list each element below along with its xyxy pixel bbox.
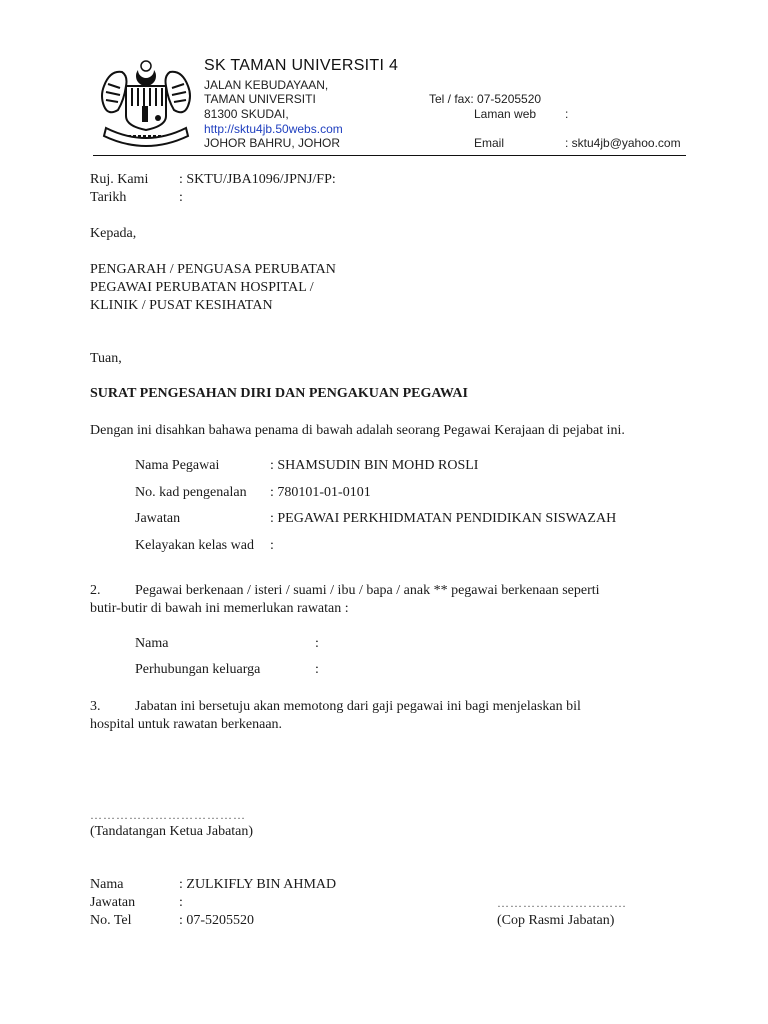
address-line-1: JALAN KEBUDAYAAN, — [204, 78, 328, 92]
hod-tel-value: : 07-5205520 — [179, 913, 254, 929]
officer-name-value: : SHAMSUDIN BIN MOHD ROSLI — [270, 458, 478, 474]
ruj-label: Ruj. Kami — [90, 172, 148, 188]
para3-line-1: Jabatan ini bersetuju akan memotong dari… — [135, 699, 581, 715]
malaysia-coat-of-arms-icon — [98, 56, 194, 154]
web-value: : — [565, 107, 568, 121]
tel-fax: Tel / fax: 07-5205520 — [429, 92, 541, 106]
kepada: Kepada, — [90, 226, 136, 242]
patient-relation-value: : — [315, 662, 319, 678]
email-label: Email — [474, 136, 504, 150]
para2-line-2: butir-butir di bawah ini memerlukan rawa… — [90, 601, 349, 617]
school-name: SK TAMAN UNIVERSITI 4 — [204, 57, 398, 75]
recipient-line-2: PEGAWAI PERUBATAN HOSPITAL / — [90, 280, 314, 296]
email-value: : sktu4jb@yahoo.com — [565, 136, 681, 150]
officer-ic-value: : 780101-01-0101 — [270, 485, 371, 501]
patient-name-value: : — [315, 636, 319, 652]
officer-ward-value: : — [270, 538, 274, 554]
intro-paragraph: Dengan ini disahkan bahawa penama di baw… — [90, 423, 625, 439]
para3-number: 3. — [90, 699, 101, 715]
signature-line: ……………………………… — [90, 808, 246, 823]
hod-name-value: : ZULKIFLY BIN AHMAD — [179, 877, 336, 893]
para2-line-1: Pegawai berkenaan / isteri / suami / ibu… — [135, 583, 600, 599]
tarikh-value: : — [179, 190, 183, 206]
recipient-line-3: KLINIK / PUSAT KESIHATAN — [90, 298, 273, 314]
officer-ic-label: No. kad pengenalan — [135, 485, 247, 501]
officer-post-value: : PEGAWAI PERKHIDMATAN PENDIDIKAN SISWAZ… — [270, 511, 616, 527]
tarikh-label: Tarikh — [90, 190, 126, 206]
stamp-line: ………………………… — [497, 896, 627, 911]
officer-ward-label: Kelayakan kelas wad — [135, 538, 254, 554]
recipient-line-1: PENGARAH / PENGUASA PERUBATAN — [90, 262, 336, 278]
para3-line-2: hospital untuk rawatan berkenaan. — [90, 717, 282, 733]
address-line-3: 81300 SKUDAI, — [204, 107, 289, 121]
para2-number: 2. — [90, 583, 101, 599]
hod-post-value: : — [179, 895, 183, 911]
ruj-value: : SKTU/JBA1096/JPNJ/FP: — [179, 172, 336, 188]
officer-name-label: Nama Pegawai — [135, 458, 219, 474]
patient-name-label: Nama — [135, 636, 168, 652]
patient-relation-label: Perhubungan keluarga — [135, 662, 260, 678]
hod-tel-label: No. Tel — [90, 913, 132, 929]
stamp-caption: (Cop Rasmi Jabatan) — [497, 913, 614, 929]
address-line-5: JOHOR BAHRU, JOHOR — [204, 136, 340, 150]
web-label: Laman web — [474, 107, 536, 121]
address-line-2: TAMAN UNIVERSITI — [204, 92, 316, 106]
subject-heading: SURAT PENGESAHAN DIRI DAN PENGAKUAN PEGA… — [90, 386, 468, 402]
website-link[interactable]: http://sktu4jb.50webs.com — [204, 122, 343, 136]
hod-name-label: Nama — [90, 877, 123, 893]
hod-post-label: Jawatan — [90, 895, 135, 911]
officer-post-label: Jawatan — [135, 511, 180, 527]
header-divider — [93, 155, 686, 156]
salutation: Tuan, — [90, 351, 122, 367]
signature-caption: (Tandatangan Ketua Jabatan) — [90, 824, 253, 840]
